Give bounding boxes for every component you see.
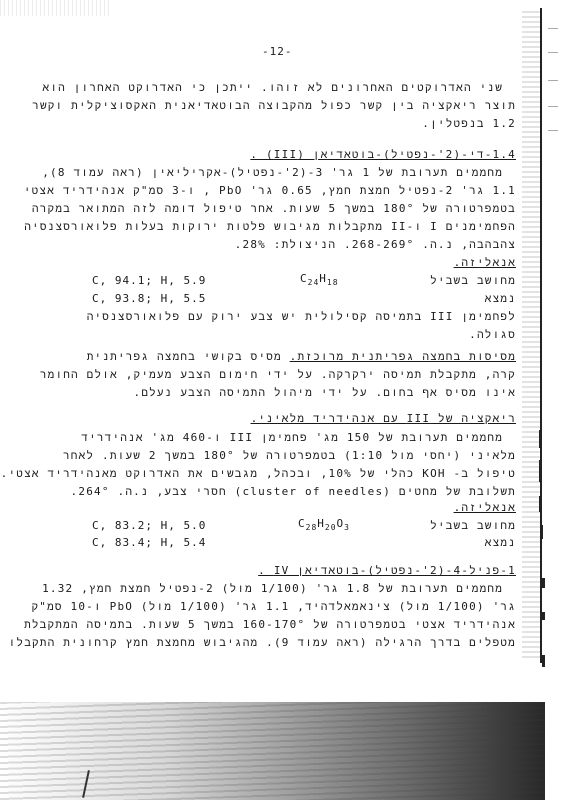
text-line: מלאיני (יחסי מול 1:10) בטמפרטורה של 180°…	[63, 449, 516, 463]
edge-mark	[539, 460, 542, 482]
text-line: לפחמימן III בתמיסה קסילולית יש צבע ירוק …	[87, 310, 516, 324]
binding-edge-line	[540, 8, 542, 663]
calc-values: C, 83.2; H, 5.0	[92, 519, 206, 533]
section-heading: מסיסות בחמצה גפריתנית מרוכזת.	[290, 350, 516, 363]
analysis-label: אנאליזה.	[454, 256, 516, 270]
found-label: נמצא	[485, 536, 516, 550]
scan-noise	[0, 0, 110, 16]
text-line: בטמפרטורה של 180° במשך 5 שעות. אחר טיפול…	[32, 202, 516, 216]
text-line: צהבהבה, נ.ה. 268-269°. הניצולת: 28%.	[235, 238, 516, 252]
scanner-artifact-band	[0, 702, 545, 800]
analysis-label: אנאליזה.	[454, 501, 516, 515]
edge-tick	[548, 28, 558, 29]
edge-mark	[542, 655, 545, 667]
text-line: 1.2 בנפטלין.	[422, 117, 516, 131]
calc-label: מחושב בשביל	[430, 274, 516, 288]
text-line: תוצר ריאקציה בין קשר כפול מהקבוצה הבוטאד…	[32, 99, 516, 113]
edge-mark	[539, 430, 542, 448]
text-line: טיפול ב- KOH כהלי של 10%, ובכהל, מגבשים …	[1, 467, 516, 481]
calc-label: מחושב בשביל	[430, 519, 516, 533]
text-line: תשלובת של מחטים (cluster of needles) חסר…	[71, 485, 516, 499]
found-values: C, 83.4; H, 5.4	[92, 536, 206, 550]
text-line: מסיסות בחמצה גפריתנית מרוכזת. מסיס בקושי…	[87, 350, 516, 364]
section-heading: 1-פניל-4-(2'-נפטיל)-בוטאדיאן IV .	[258, 564, 516, 578]
text-line: הפחמימנים I ו-II מתקבלות מגיבוש פלטות יר…	[24, 220, 516, 234]
edge-mark	[539, 496, 542, 512]
scanned-page: -12- שני האדרוקטים האחרונים לא זוהו. יית…	[0, 0, 566, 800]
binding-shadow	[522, 8, 540, 658]
text-line: קרה, מתקבלת תמיסה ירקרקה. על ידי חימום ה…	[40, 368, 516, 382]
text-line: גר' (1/100 מול) צינאמאלדהיד, 1.1 גר' (1/…	[31, 600, 516, 614]
text-line: מטפלים בדרך הרגילה (ראה עמוד 9). מהגיבוש…	[9, 636, 516, 650]
text-line: מחממים תערובת של 1.8 גר' (1/100 מול) 2-נ…	[42, 582, 503, 596]
text-line: שני האדרוקטים האחרונים לא זוהו. ייתכן כי…	[43, 81, 503, 95]
molecular-formula: C28H20O3	[298, 517, 350, 535]
edge-tick	[548, 52, 558, 53]
page-number: -12-	[262, 45, 293, 58]
text-line: מחממים תערובת של 150 מג' פחמימן III ו-46…	[81, 431, 503, 445]
edge-tick	[548, 106, 558, 107]
text-line: אנהידריד אצטי בטמפרטורה של 160-170° במשך…	[24, 618, 516, 632]
calc-values: C, 94.1; H, 5.9	[92, 274, 206, 288]
text-line: אינו מסיס אף בחום. על ידי מיהול התמיסה ה…	[134, 386, 517, 400]
text-line: מחממים תערובת של 1 גר' 3-(2'-נפטיל)-אקרי…	[42, 166, 503, 180]
section-heading: ריאקציה של III עם אנהידריד מלאיני.	[251, 412, 516, 426]
found-label: נמצא	[485, 292, 516, 306]
edge-mark	[542, 612, 545, 620]
edge-mark	[540, 525, 543, 539]
section-heading: 1.4-די-(2'-נפטיל)-בוטאדיאן (III) .	[250, 148, 516, 162]
text-line: 1.1 גר' 2-נפטיל חמצת חמץ, 0.65 גר' PbO ,…	[24, 184, 516, 198]
edge-tick	[548, 80, 558, 81]
text-line: סגולה.	[469, 328, 516, 342]
found-values: C, 93.8; H, 5.5	[92, 292, 206, 306]
molecular-formula: C24H18	[300, 272, 339, 290]
edge-mark	[542, 578, 545, 588]
edge-tick	[548, 130, 558, 131]
